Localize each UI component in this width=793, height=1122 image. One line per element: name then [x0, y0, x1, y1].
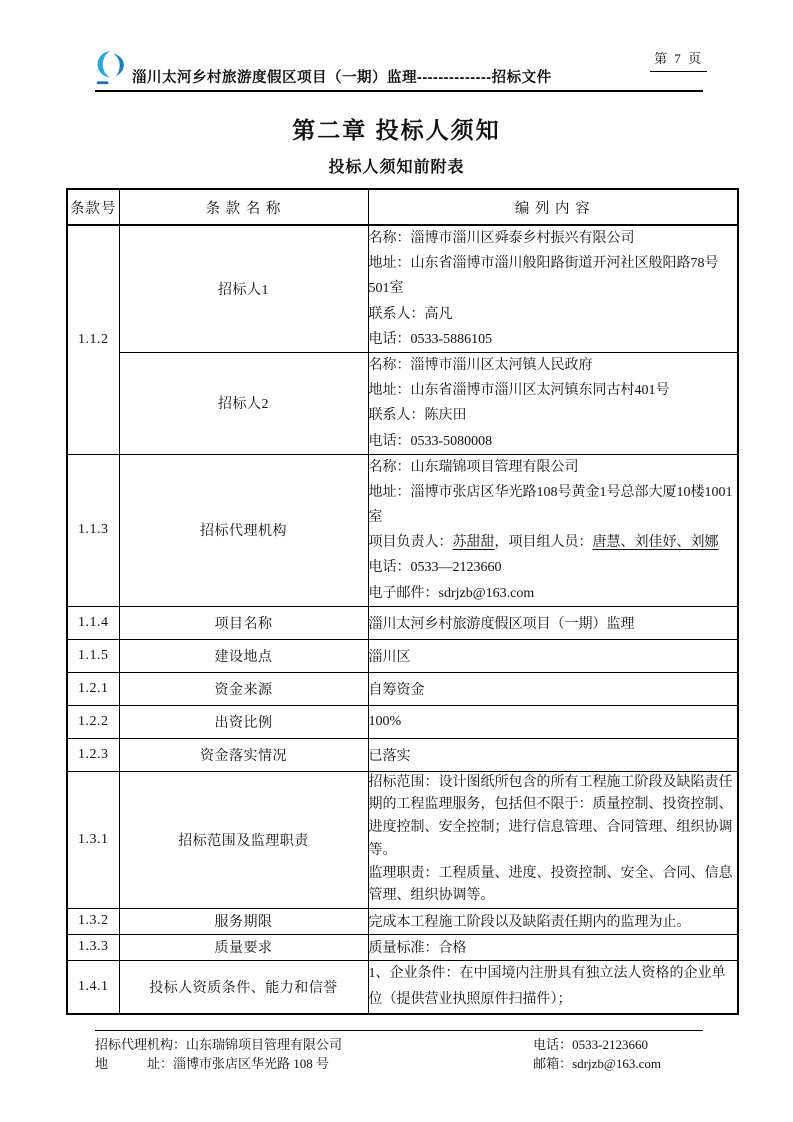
swirl-brand-logo-icon [95, 48, 127, 88]
content-line: 电话：0533-5080008 [369, 429, 738, 454]
clause-no: 1.1.5 [67, 639, 119, 672]
content-line: 名称：淄博市淄川区太河镇人民政府 [369, 353, 738, 378]
clause-name: 招标人1 [119, 225, 368, 352]
clause-no: 1.1.3 [67, 454, 119, 606]
table-row: 1.3.1 招标范围及监理职责 招标范围：设计图纸所包含的所有工程施工阶段及缺陷… [67, 771, 738, 908]
clause-name: 投标人资质条件、能力和信誉 [119, 960, 368, 1013]
clause-content: 招标范围：设计图纸所包含的所有工程施工阶段及缺陷责任期的工程监理服务，包括但不限… [368, 771, 738, 908]
clause-content: 淄川区 [368, 639, 738, 672]
table-row: 1.4.1 投标人资质条件、能力和信誉 1、企业条件：在中国境内注册具有独立法人… [67, 960, 738, 1013]
clause-content: 完成本工程施工阶段以及缺陷责任期内的监理为止。 [368, 908, 738, 934]
content-line: 地址：山东省淄博市淄川区太河镇东同古村401号 [369, 378, 738, 403]
document-page: 第 7 页 淄川太河乡村旅游度假区项目（一期）监理--------------招… [0, 0, 793, 1122]
clause-no: 1.1.4 [67, 606, 119, 639]
footer-phone: 电话：0533-2123660 [533, 1036, 661, 1055]
col-header-content: 编 列 内 容 [368, 189, 738, 225]
content-line: 名称：山东瑞锦项目管理有限公司 [369, 455, 738, 480]
clause-content: 自筹资金 [368, 672, 738, 705]
table-header-row: 条款号 条 款 名 称 编 列 内 容 [67, 189, 738, 225]
clause-content: 100% [368, 705, 738, 738]
project-leader-name: 苏甜甜 [453, 535, 495, 550]
clause-name: 质量要求 [119, 934, 368, 960]
content-line: 项目负责人：苏甜甜，项目组人员：唐慧、刘佳妤、刘娜 [369, 530, 738, 555]
table-row: 1.1.3 招标代理机构 名称：山东瑞锦项目管理有限公司 地址：淄博市张店区华光… [67, 454, 738, 606]
table-row: 1.3.2 服务期限 完成本工程施工阶段以及缺陷责任期内的监理为止。 [67, 908, 738, 934]
content-line: 地址：山东省淄博市淄川般阳路街道开河社区般阳路78号501室 [369, 251, 738, 301]
clause-no: 1.3.1 [67, 771, 119, 908]
col-header-clause-name: 条 款 名 称 [119, 189, 368, 225]
table-row: 1.2.3 资金落实情况 已落实 [67, 738, 738, 771]
page-body: 第二章 投标人须知 投标人须知前附表 条款号 条 款 名 称 编 列 内 容 1… [0, 0, 793, 1015]
footer-address: 地 址：淄博市张店区华光路 108 号 [95, 1055, 342, 1074]
clause-name: 招标人2 [119, 352, 368, 454]
header-doc-title: 淄川太河乡村旅游度假区项目（一期）监理--------------招标文件 [132, 70, 552, 88]
clause-name: 项目名称 [119, 606, 368, 639]
clause-content: 名称：淄博市淄川区太河镇人民政府 地址：山东省淄博市淄川区太河镇东同古村401号… [368, 352, 738, 454]
table-row: 招标人2 名称：淄博市淄川区太河镇人民政府 地址：山东省淄博市淄川区太河镇东同古… [67, 352, 738, 454]
clause-no: 1.2.3 [67, 738, 119, 771]
clause-name: 招标范围及监理职责 [119, 771, 368, 908]
chapter-title: 第二章 投标人须知 [0, 112, 793, 145]
table-row: 1.1.5 建设地点 淄川区 [67, 639, 738, 672]
clause-name: 资金来源 [119, 672, 368, 705]
footer-contact-block: 电话：0533-2123660 邮箱：sdrjzb@163.com [533, 1036, 703, 1074]
team-member-names: 唐慧、刘佳妤、刘娜 [593, 535, 719, 550]
content-line: 招标范围：设计图纸所包含的所有工程施工阶段及缺陷责任期的工程监理服务，包括但不限… [369, 772, 738, 863]
clause-name: 建设地点 [119, 639, 368, 672]
footer-agency-block: 招标代理机构：山东瑞锦项目管理有限公司 地 址：淄博市张店区华光路 108 号 [95, 1036, 342, 1074]
clause-content: 名称：淄博市淄川区舜泰乡村振兴有限公司 地址：山东省淄博市淄川般阳路街道开河社区… [368, 225, 738, 352]
clause-name: 出资比例 [119, 705, 368, 738]
clause-no: 1.2.2 [67, 705, 119, 738]
content-line: 1、企业条件：在中国境内注册具有独立法人资格的企业单位（提供营业执照原件扫描件）… [369, 961, 738, 1013]
content-line: 联系人：高凡 [369, 302, 738, 327]
table-title: 投标人须知前附表 [0, 154, 793, 177]
clause-content: 淄川太河乡村旅游度假区项目（一期）监理 [368, 606, 738, 639]
team-prefix: 项目负责人： [369, 535, 453, 550]
content-line: 地址：淄博市张店区华光路108号黄金1号总部大厦10楼1001室 [369, 480, 738, 530]
content-line: 电话：0533—2123660 [369, 555, 738, 580]
table-row: 1.2.1 资金来源 自筹资金 [67, 672, 738, 705]
bidder-notice-table: 条款号 条 款 名 称 编 列 内 容 1.1.2 招标人1 名称：淄博市淄川区… [66, 188, 739, 1015]
page-header: 第 7 页 淄川太河乡村旅游度假区项目（一期）监理--------------招… [95, 44, 703, 92]
clause-no: 1.3.3 [67, 934, 119, 960]
clause-no: 1.1.2 [67, 225, 119, 454]
content-line: 联系人：陈庆田 [369, 403, 738, 428]
content-line: 电子邮件：sdrjzb@163.com [369, 581, 738, 606]
table-row: 1.1.4 项目名称 淄川太河乡村旅游度假区项目（一期）监理 [67, 606, 738, 639]
content-line: 名称：淄博市淄川区舜泰乡村振兴有限公司 [369, 226, 738, 251]
table-row: 1.1.2 招标人1 名称：淄博市淄川区舜泰乡村振兴有限公司 地址：山东省淄博市… [67, 225, 738, 352]
clause-name: 资金落实情况 [119, 738, 368, 771]
content-line: 电话：0533-5886105 [369, 327, 738, 352]
team-middle: ，项目组人员： [495, 535, 593, 550]
page-number: 第 7 页 [650, 48, 707, 72]
clause-no: 1.2.1 [67, 672, 119, 705]
clause-name: 招标代理机构 [119, 454, 368, 606]
clause-name: 服务期限 [119, 908, 368, 934]
table-row: 1.2.2 出资比例 100% [67, 705, 738, 738]
clause-content: 1、企业条件：在中国境内注册具有独立法人资格的企业单位（提供营业执照原件扫描件）… [368, 960, 738, 1013]
page-footer: 招标代理机构：山东瑞锦项目管理有限公司 地 址：淄博市张店区华光路 108 号 … [95, 1030, 703, 1074]
clause-no: 1.4.1 [67, 960, 119, 1013]
content-line: 监理职责：工程质量、进度、投资控制、安全、合同、信息管理、组织协调等。 [369, 863, 738, 908]
header-rule: 淄川太河乡村旅游度假区项目（一期）监理--------------招标文件 [95, 44, 703, 92]
clause-content: 质量标准：合格 [368, 934, 738, 960]
clause-no: 1.3.2 [67, 908, 119, 934]
footer-email: 邮箱：sdrjzb@163.com [533, 1055, 661, 1074]
clause-content: 已落实 [368, 738, 738, 771]
table-row: 1.3.3 质量要求 质量标准：合格 [67, 934, 738, 960]
footer-agency: 招标代理机构：山东瑞锦项目管理有限公司 [95, 1036, 342, 1055]
clause-content: 名称：山东瑞锦项目管理有限公司 地址：淄博市张店区华光路108号黄金1号总部大厦… [368, 454, 738, 606]
col-header-clause-no: 条款号 [67, 189, 119, 225]
